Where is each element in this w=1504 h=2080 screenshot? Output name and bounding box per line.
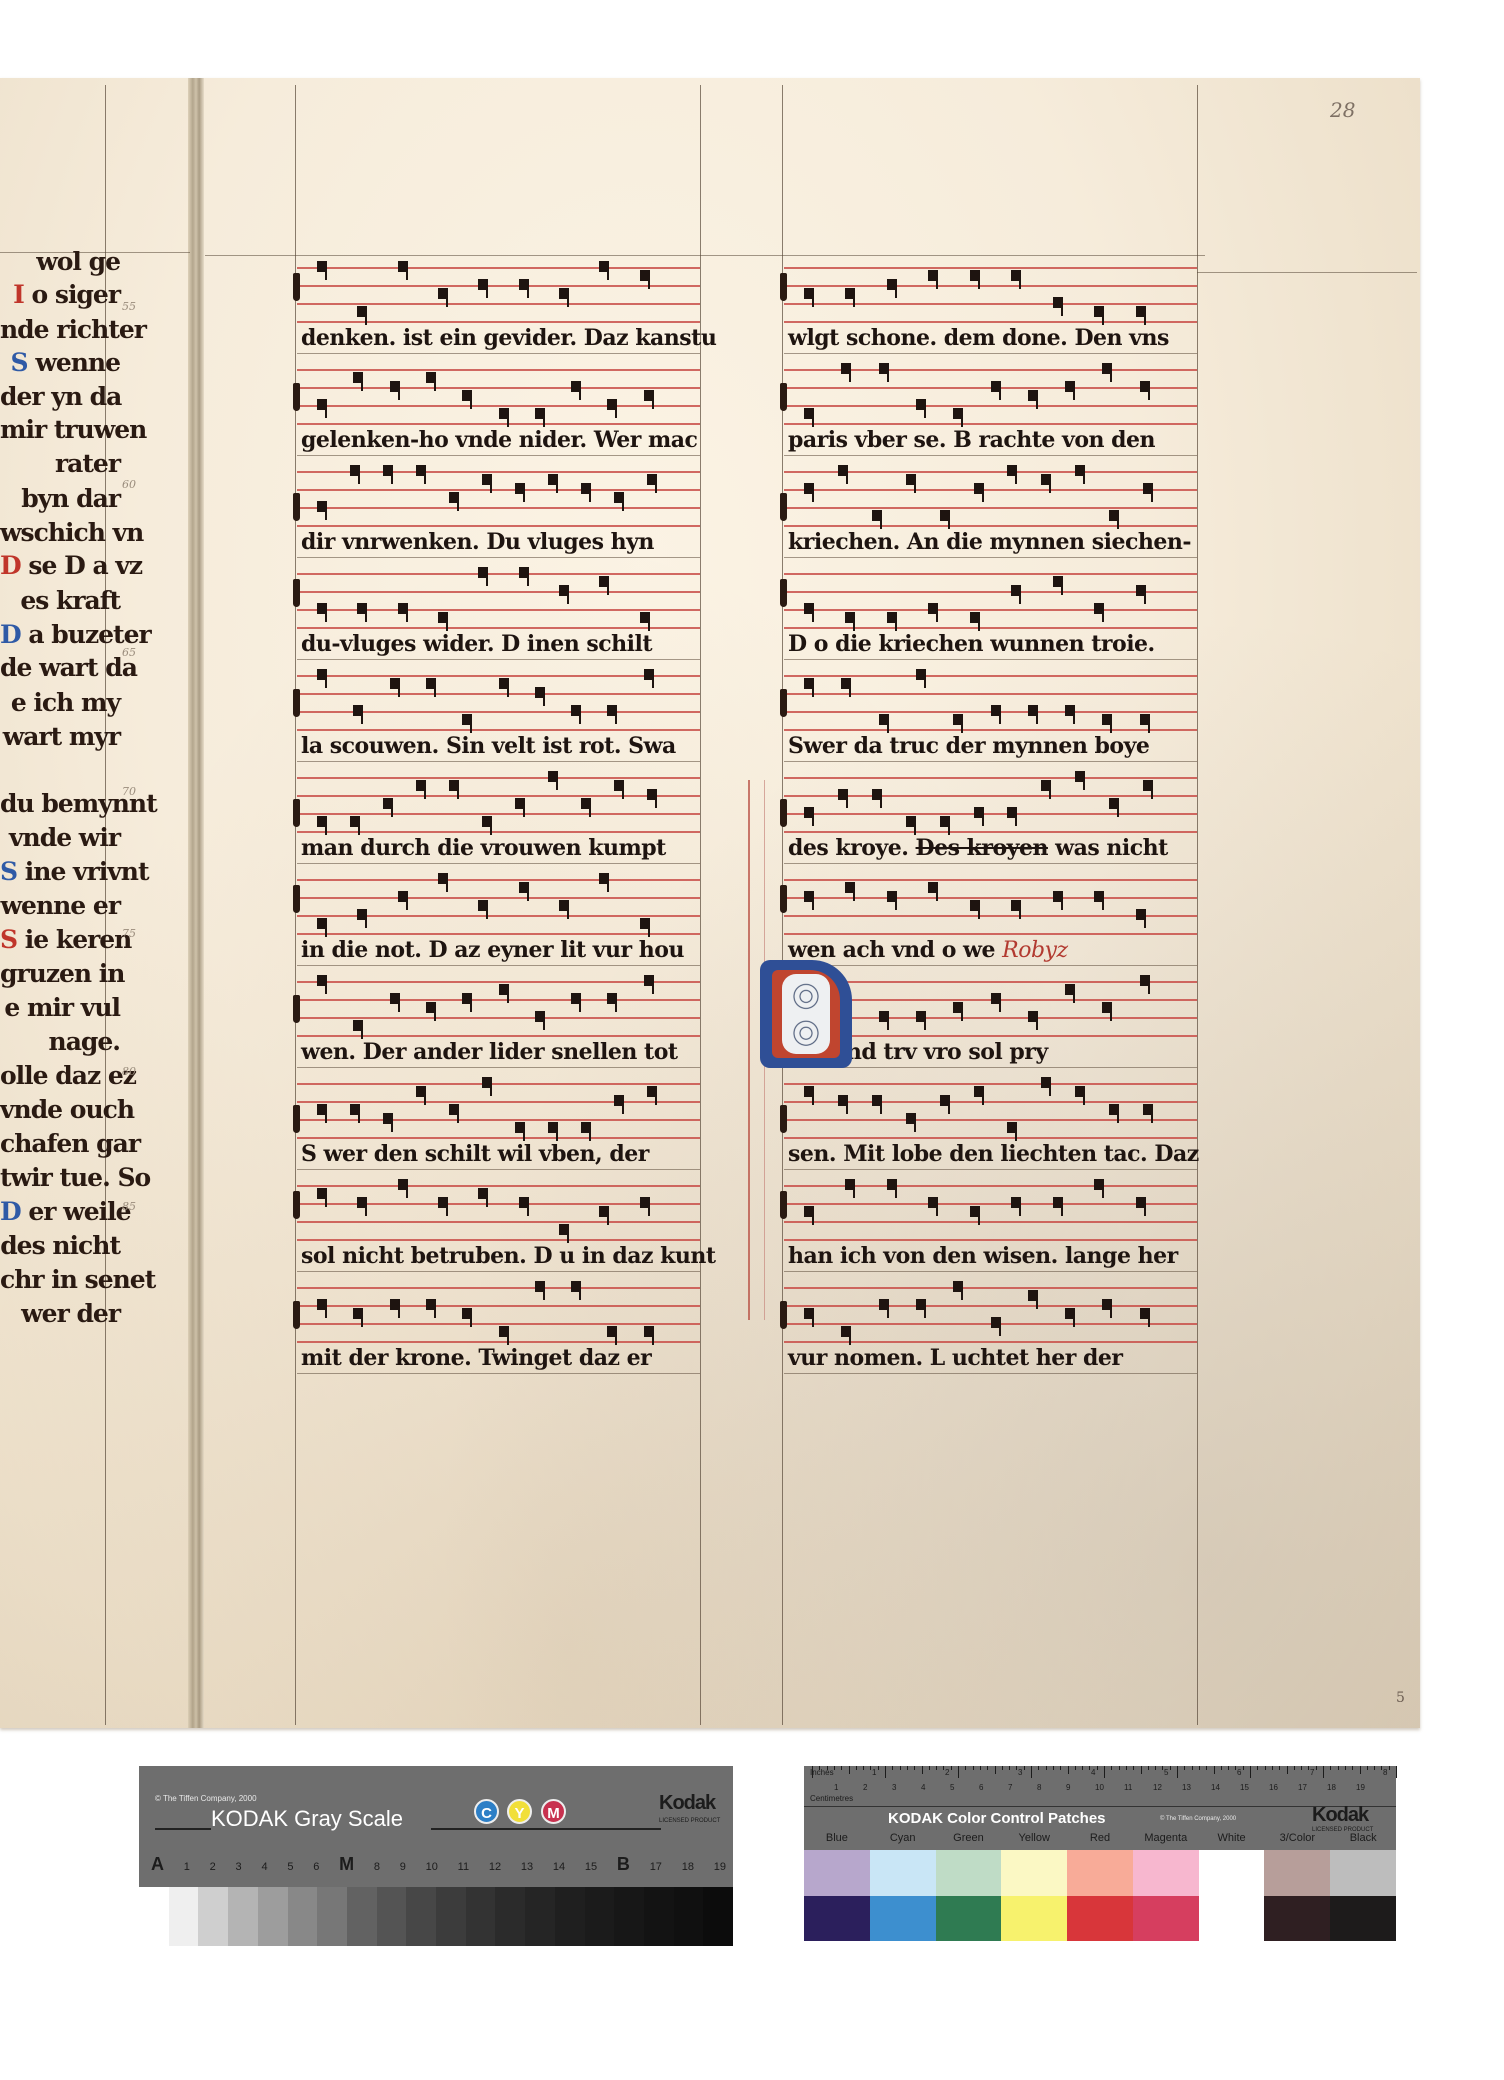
music-system: man durch die vrouwen kumpt [297,765,700,865]
cm-mark: 3 [892,1783,896,1792]
staff-line [784,507,1197,509]
ruler-tick [914,1766,915,1770]
music-system: han ich von den wisen. lange her [784,1173,1197,1273]
staff-line [297,675,700,677]
left-page-line: gruzen in [0,960,120,988]
music-system: wlgt schone. dem done. Den vns [784,255,1197,355]
staff-line [784,267,1197,269]
gray-patch [139,1887,169,1946]
neume-note-icon [1109,798,1119,809]
neume-note-icon [845,1179,855,1190]
music-system: Swer da truc der mynnen boye [784,663,1197,763]
left-page-line-text: ine vrivnt [25,857,149,886]
neume-note-icon [499,408,509,419]
decorated-initial-N [760,960,852,1068]
neume-note-icon [548,474,558,485]
gray-scale-label: 5 [287,1861,293,1873]
left-page-line-text: e mir vul [4,993,120,1022]
staff-line [784,303,1197,305]
neume-note-icon [1075,771,1085,782]
neume-note-icon [906,816,916,827]
neume-note-icon [1053,891,1063,902]
left-page-line-text: des nicht [0,1231,120,1260]
staff-line [784,573,1197,575]
lyric-text-continued: was nicht [1055,835,1168,861]
music-system: D o die kriechen wunnen troie. [784,561,1197,661]
neume-note-icon [928,603,938,614]
left-page-line: S wenne [0,349,120,377]
staff-line [784,285,1197,287]
staff-line [297,897,700,899]
neume-note-icon [991,1317,1001,1328]
neume-note-icon [478,279,488,290]
neume-note-icon [398,1179,408,1190]
neume-note-icon [940,1095,950,1106]
music-system: des kroye. Des kroyen was nicht [784,765,1197,865]
color-patch-label: Yellow [1001,1832,1067,1844]
neume-note-icon [953,714,963,725]
ruler-tick [885,1766,886,1778]
ruler-tick [980,1766,981,1770]
gray-patch [198,1887,228,1946]
rubricated-initial: D [0,551,28,580]
color-card-title: KODAK Color Control Patches [888,1810,1106,1827]
gray-patch [288,1887,318,1946]
neume-note-icon [1143,483,1153,494]
staff-line [297,1017,700,1019]
text-ruling [297,1067,700,1068]
ruler-tick [1360,1766,1361,1774]
left-page-line: der yn da [0,383,120,411]
neume-note-icon [928,270,938,281]
staff-line [297,1323,700,1325]
neume-note-icon [1102,714,1112,725]
left-page-line: S ine vrivnt [0,858,120,886]
rubricated-initial: D [0,620,28,649]
ruler-tick [1155,1766,1156,1770]
gray-card-copyright: © The Tiffen Company, 2000 [155,1794,257,1803]
neume-note-icon [357,909,367,920]
ruler-tick [1133,1766,1134,1770]
neume-note-icon [449,492,459,503]
left-page-line-text: er weile [28,1197,130,1226]
neume-note-icon [571,705,581,716]
left-page-line-text: vnde wir [9,823,120,852]
left-page-line: D a buzeter [0,621,120,649]
neume-note-icon [804,408,814,419]
neume-note-icon [644,669,654,680]
ruler-tick [1192,1766,1193,1770]
neume-note-icon [1053,576,1063,587]
music-system: vur nomen. L uchtet her der [784,1275,1197,1375]
lyric-text: wen. Der ander lider snellen tot [301,1039,678,1065]
ruler-tick [1294,1766,1295,1770]
left-page-line-text: a buzeter [28,620,150,649]
staff-line [297,1287,700,1289]
neume-note-icon [390,381,400,392]
music-system: kriechen. An die mynnen siechen- [784,459,1197,559]
neume-note-icon [317,669,327,680]
color-patch-bottom [1199,1896,1265,1942]
neume-note-icon [449,780,459,791]
neume-note-icon [383,1113,393,1124]
inch-mark: 4 [1091,1768,1095,1777]
kodak-gray-scale-card: © The Tiffen Company, 2000 KODAK Gray Sc… [139,1766,733,1946]
ruler-tick [1330,1766,1331,1770]
music-system: dir vnrwenken. Du vluges hyn [297,459,700,559]
c-clef-icon [780,579,787,607]
neume-note-icon [1041,474,1051,485]
neume-note-icon [607,993,617,1004]
neume-note-icon [350,1104,360,1115]
neume-note-icon [1053,297,1063,308]
staff-line [784,897,1197,899]
staff-line [297,591,700,593]
neume-note-icon [317,918,327,929]
ruler-tick [1060,1766,1061,1770]
color-patch-top [1067,1850,1133,1896]
left-page-line: vnde wir [0,824,120,852]
neume-note-icon [991,993,1001,1004]
neume-note-icon [350,465,360,476]
ruler-tick [1199,1766,1200,1770]
ruler-tick [1243,1766,1244,1770]
cm-mark: 1 [834,1783,838,1792]
c-clef-icon [780,689,787,717]
staff-line [297,777,700,779]
ruler-tick [1170,1766,1171,1770]
neume-note-icon [644,975,654,986]
neume-note-icon [317,501,327,512]
ruler-tick [841,1766,842,1770]
staff-line [297,369,700,371]
lyric-text: S wer den schilt wil vben, der [301,1141,649,1167]
c-clef-icon [293,689,300,717]
music-system: gelenken-ho vnde nider. Wer mac [297,357,700,457]
ruler-tick [1046,1766,1047,1770]
staff-line [297,795,700,797]
left-page-line-text: vnde ouch [0,1095,134,1124]
gray-scale-label: 18 [682,1861,694,1873]
cm-mark: 15 [1240,1783,1249,1792]
neume-note-icon [887,1179,897,1190]
gray-scale-label: 13 [521,1861,533,1873]
neume-note-icon [1140,975,1150,986]
lyric-text: han ich von den wisen. lange her [788,1243,1178,1269]
neume-note-icon [845,612,855,623]
color-patch-top [1133,1850,1199,1896]
left-page-line: des nicht [0,1232,120,1260]
staff-line [297,879,700,881]
ruler-tick [1352,1766,1353,1770]
neume-note-icon [426,1299,436,1310]
neume-note-icon [317,399,327,410]
neume-note-icon [599,873,609,884]
gray-patch [585,1887,615,1946]
gray-scale-label: M [339,1854,354,1875]
c-clef-icon [293,995,300,1023]
inches-label: Inches [810,1768,834,1777]
color-patch-label: 3/Color [1264,1832,1330,1844]
cm-mark: 2 [863,1783,867,1792]
neume-note-icon [519,567,529,578]
staff-line [784,405,1197,407]
ruler-tick [1367,1766,1368,1770]
staff-line [297,1305,700,1307]
left-page-line: wol ge [0,248,120,276]
neume-note-icon [1065,381,1075,392]
cm-mark: 19 [1356,1783,1365,1792]
neume-note-icon [482,816,492,827]
staff-line [297,981,700,983]
staff-line [297,267,700,269]
staff-line [297,387,700,389]
ruler-tick [1177,1766,1178,1778]
neume-note-icon [1011,900,1021,911]
lyric-line: paris vber se. B rachte von den [788,425,1197,455]
ruler-tick [907,1766,908,1770]
c-clef-icon [780,493,787,521]
cm-mark: 12 [1153,1783,1162,1792]
ruler-tick [878,1766,879,1770]
staff-line [297,1221,700,1223]
neume-note-icon [804,891,814,902]
neume-note-icon [906,1113,916,1124]
ruler-tick [1031,1766,1032,1778]
ruler-tick [834,1766,835,1770]
ruler-tick [849,1766,850,1774]
lyric-line: wen. Der ander lider snellen tot [301,1037,700,1067]
music-system: denken. ist ein gevider. Daz kanstu [297,255,700,355]
gray-scale-label: 14 [553,1861,565,1873]
neume-note-icon [640,1197,650,1208]
left-page-line-text: mir truwen [0,415,146,444]
kodak-logo-color: Kodak [1312,1804,1368,1827]
gray-scale-label: 2 [210,1861,216,1873]
c-clef-icon [293,383,300,411]
kodak-logo: Kodak [659,1792,715,1815]
left-page-line-text: wschich vn [0,518,143,547]
neume-note-icon [1102,363,1112,374]
gray-patch [406,1887,436,1946]
book-spine [188,78,204,1728]
neume-note-icon [1094,603,1104,614]
neume-note-icon [548,771,558,782]
title-underline-left [155,1828,211,1830]
neume-note-icon [515,483,525,494]
neume-note-icon [1053,1197,1063,1208]
lyric-text: wlgt schone. dem done. Den vns [788,325,1169,351]
lyric-text: Swer da truc der mynnen boye [788,733,1149,759]
staff-line [784,879,1197,881]
neume-note-icon [462,993,472,1004]
lyric-text: du-vluges wider. D inen schilt [301,631,652,657]
cm-mark: 6 [979,1783,983,1792]
left-page-line: wart myr [0,723,120,751]
staff-line [784,609,1197,611]
neume-note-icon [1028,1290,1038,1301]
neume-note-icon [607,1326,617,1337]
lyric-text: mit der krone. Twinget daz er [301,1345,651,1371]
lyric-line: dir vnrwenken. Du vluges hyn [301,527,700,557]
text-ruling [297,1271,700,1272]
neume-note-icon [317,1188,327,1199]
neume-note-icon [1041,1077,1051,1088]
neume-note-icon [1011,270,1021,281]
ruler-tick [1024,1766,1025,1770]
line-number: 75 [122,927,136,940]
left-page-line: wer der [0,1300,120,1328]
neume-note-icon [438,873,448,884]
staff-line [297,303,700,305]
text-ruling [784,455,1197,456]
c-clef-icon [780,273,787,301]
neume-note-icon [845,882,855,893]
c-clef-icon [293,1301,300,1329]
neume-note-icon [317,261,327,272]
neume-note-icon [599,261,609,272]
inch-mark: 2 [945,1768,949,1777]
left-page-line: byn dar [0,485,120,513]
c-clef-icon [293,799,300,827]
neume-note-icon [879,714,889,725]
left-page-line-text: o siger [31,280,120,309]
gray-scale-label: 10 [426,1861,438,1873]
lyric-text: denken. ist ein gevider. Daz kanstu [301,325,716,351]
ruler-tick [1009,1766,1010,1770]
music-system: paris vber se. B rachte von den [784,357,1197,457]
ruler-tick [1316,1766,1317,1770]
left-page-line-text: twir tue. So [0,1163,150,1192]
ruler-tick [1075,1766,1076,1770]
left-page-line: twir tue. So [0,1164,120,1192]
neume-note-icon [482,1077,492,1088]
neume-note-icon [350,816,360,827]
lyric-text: paris vber se. B rachte von den [788,427,1155,453]
neume-note-icon [845,288,855,299]
left-page-line-text: chr in senet [0,1265,155,1294]
neume-note-icon [398,603,408,614]
ruler-tick [1301,1766,1302,1770]
staff-line [297,285,700,287]
neume-note-icon [478,1188,488,1199]
neume-note-icon [499,678,509,689]
gray-scale-label: 4 [261,1861,267,1873]
neume-note-icon [548,1122,558,1133]
left-page-line: es kraft [0,587,120,615]
color-patch-bottom [936,1896,1002,1942]
c-clef-icon [293,1105,300,1133]
cm-mark: 9 [1066,1783,1070,1792]
lyric-line: wlgt schone. dem done. Den vns [788,323,1197,353]
c-clef-icon [293,885,300,913]
music-system: la scouwen. Sin velt ist rot. Swa [297,663,700,763]
ruler-tick [1148,1766,1149,1770]
text-ruling [297,1169,700,1170]
neume-note-icon [438,1197,448,1208]
neume-note-icon [398,891,408,902]
left-page-line-text: se D a vz [28,551,142,580]
ruler-tick [1272,1766,1273,1770]
neume-note-icon [940,510,950,521]
staff-line [297,573,700,575]
staff-line [784,1083,1197,1085]
neume-note-icon [519,279,529,290]
neume-note-icon [916,669,926,680]
color-patch-top [936,1850,1002,1896]
neume-note-icon [390,678,400,689]
ruler-tick [1104,1766,1105,1778]
text-ruling [784,1271,1197,1272]
yellow-circle: Y [507,1799,532,1824]
neume-note-icon [887,612,897,623]
neume-note-icon [1007,807,1017,818]
neume-note-icon [879,1299,889,1310]
ruler-tick [1323,1766,1324,1778]
neume-note-icon [916,1299,926,1310]
neume-note-icon [1140,381,1150,392]
ruler-tick [900,1766,901,1770]
text-ruling [784,863,1197,864]
neume-note-icon [519,882,529,893]
neume-note-icon [872,510,882,521]
neume-note-icon [462,714,472,725]
neume-note-icon [571,993,581,1004]
neume-note-icon [1011,585,1021,596]
color-patch-labels: BlueCyanGreenYellowRedMagentaWhite3/Colo… [804,1832,1396,1844]
ruler-tick [1126,1766,1127,1770]
color-patch-label: Black [1330,1832,1396,1844]
lyric-line: vur nomen. L uchtet her der [788,1343,1197,1373]
ruler-tick [827,1766,828,1770]
lyric-line: S wer den schilt wil vben, der [301,1139,700,1169]
inch-mark: 7 [1310,1768,1314,1777]
neume-note-icon [607,399,617,410]
lyric-line: sol nicht betruben. D u in daz kunt [301,1241,700,1271]
rubricated-initial: S [11,348,36,377]
neume-note-icon [353,372,363,383]
color-patch-top [1001,1850,1067,1896]
neume-note-icon [1102,1002,1112,1013]
left-page-line-text: nage. [49,1027,120,1056]
ruler-tick [1111,1766,1112,1770]
music-system: du-vluges wider. D inen schilt [297,561,700,661]
neume-note-icon [804,288,814,299]
gray-scale-label: 19 [714,1861,726,1873]
gray-patch [644,1887,674,1946]
ruler-tick [1287,1766,1288,1774]
neume-note-icon [974,1086,984,1097]
lyric-text: vur nomen. L uchtet her der [788,1345,1123,1371]
lyric-line: la scouwen. Sin velt ist rot. Swa [301,731,700,761]
gray-scale-label: 3 [236,1861,242,1873]
inch-mark: 6 [1237,1768,1241,1777]
left-page-line-text: e ich my [11,688,120,717]
text-ruling [297,659,700,660]
neume-note-icon [317,975,327,986]
ruler-tick [1097,1766,1098,1770]
neume-note-icon [571,381,581,392]
left-page-line-text: rater [55,449,120,478]
left-page-line-text: wer der [21,1299,120,1328]
neume-note-icon [804,1086,814,1097]
lyric-text: dir vnrwenken. Du vluges hyn [301,529,654,555]
gray-patch [228,1887,258,1946]
ruler-tick [1068,1766,1069,1774]
color-patch-label: Magenta [1133,1832,1199,1844]
neume-note-icon [1065,984,1075,995]
staff-line [297,405,700,407]
